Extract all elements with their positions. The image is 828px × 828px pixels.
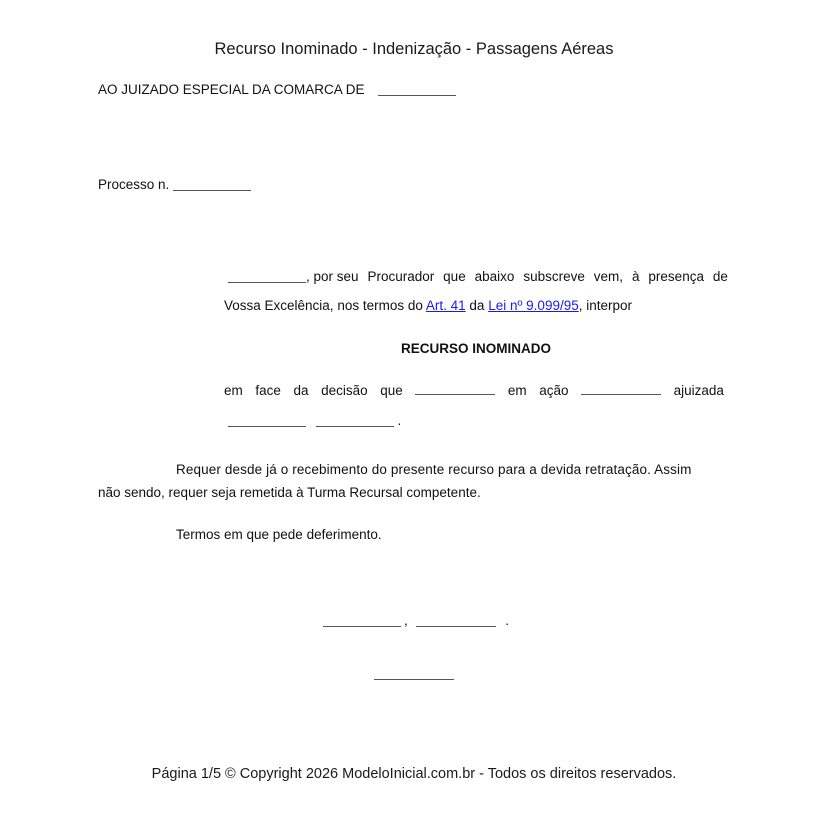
request-text-1: Requer desde já o recebimento do present… [176, 462, 692, 477]
decision-word: da [293, 383, 308, 398]
intro-word: Procurador [367, 269, 434, 284]
intro-word: à [632, 269, 640, 284]
intro-word: abaixo [475, 269, 515, 284]
comarca-blank [378, 94, 456, 96]
date-blank [416, 625, 496, 627]
article-41-link[interactable]: Art. 41 [426, 298, 466, 313]
page-footer: Página 1/5 © Copyright 2026 ModeloInicia… [0, 766, 828, 782]
decision-word: em [508, 383, 527, 398]
intro-word: subscreve [523, 269, 585, 284]
addressee-line: AO JUIZADO ESPECIAL DA COMARCA DE [98, 82, 456, 97]
decision-word: ajuizada [674, 383, 724, 398]
party-blank-group: , por seu [228, 269, 359, 284]
action-type-blank [581, 393, 661, 395]
intro-word: que [443, 269, 466, 284]
intro-line-2-suffix: , interpor [579, 298, 632, 313]
addressee-text: AO JUIZADO ESPECIAL DA COMARCA DE [98, 82, 365, 97]
intro-line-2-prefix: Vossa Excelência, nos termos do [224, 298, 423, 313]
document-title: Recurso Inominado - Indenização - Passag… [0, 40, 828, 59]
request-line-2: não sendo, requer seja remetida à Turma … [98, 485, 481, 500]
intro-word: vem, [594, 269, 623, 284]
signature-line [374, 666, 454, 681]
place-date-line: , . [323, 613, 509, 628]
plaintiff-blank [228, 425, 306, 427]
signature-blank [374, 678, 454, 680]
intro-line-2: Vossa Excelência, nos termos do Art. 41 … [224, 298, 632, 313]
decision-word: ação [539, 383, 568, 398]
decision-word: em [224, 383, 243, 398]
decision-word: que [380, 383, 403, 398]
request-line-1: Requer desde já o recebimento do present… [176, 462, 728, 477]
process-label: Processo n. [98, 177, 169, 192]
place-blank [323, 625, 401, 627]
defendant-blank [316, 425, 394, 427]
intro-line-1: , por seu Procurador que abaixo subscrev… [228, 269, 728, 284]
request-text-2: não sendo, requer seja remetida à Turma … [98, 485, 481, 500]
party-name-blank [228, 281, 306, 283]
law-9099-link[interactable]: Lei nº 9.099/95 [488, 298, 579, 313]
intro-word: presença [648, 269, 704, 284]
section-heading: RECURSO INOMINADO [0, 341, 828, 356]
closing-text: Termos em que pede deferimento. [176, 527, 382, 542]
decision-word: decisão [321, 383, 368, 398]
decision-line-2: . [228, 413, 401, 428]
decision-end: . [398, 413, 402, 428]
intro-word: , por seu [306, 269, 359, 284]
process-number-blank [173, 189, 251, 191]
place-date-separator: , [404, 613, 408, 628]
intro-line-2-mid: da [469, 298, 484, 313]
closing-line: Termos em que pede deferimento. [176, 527, 382, 542]
process-line: Processo n. [98, 177, 251, 192]
intro-word: de [713, 269, 728, 284]
decision-line-1: em face da decisão que em ação ajuizada [224, 383, 724, 398]
place-date-end: . [505, 613, 509, 628]
decision-blank [415, 393, 495, 395]
decision-word: face [255, 383, 281, 398]
